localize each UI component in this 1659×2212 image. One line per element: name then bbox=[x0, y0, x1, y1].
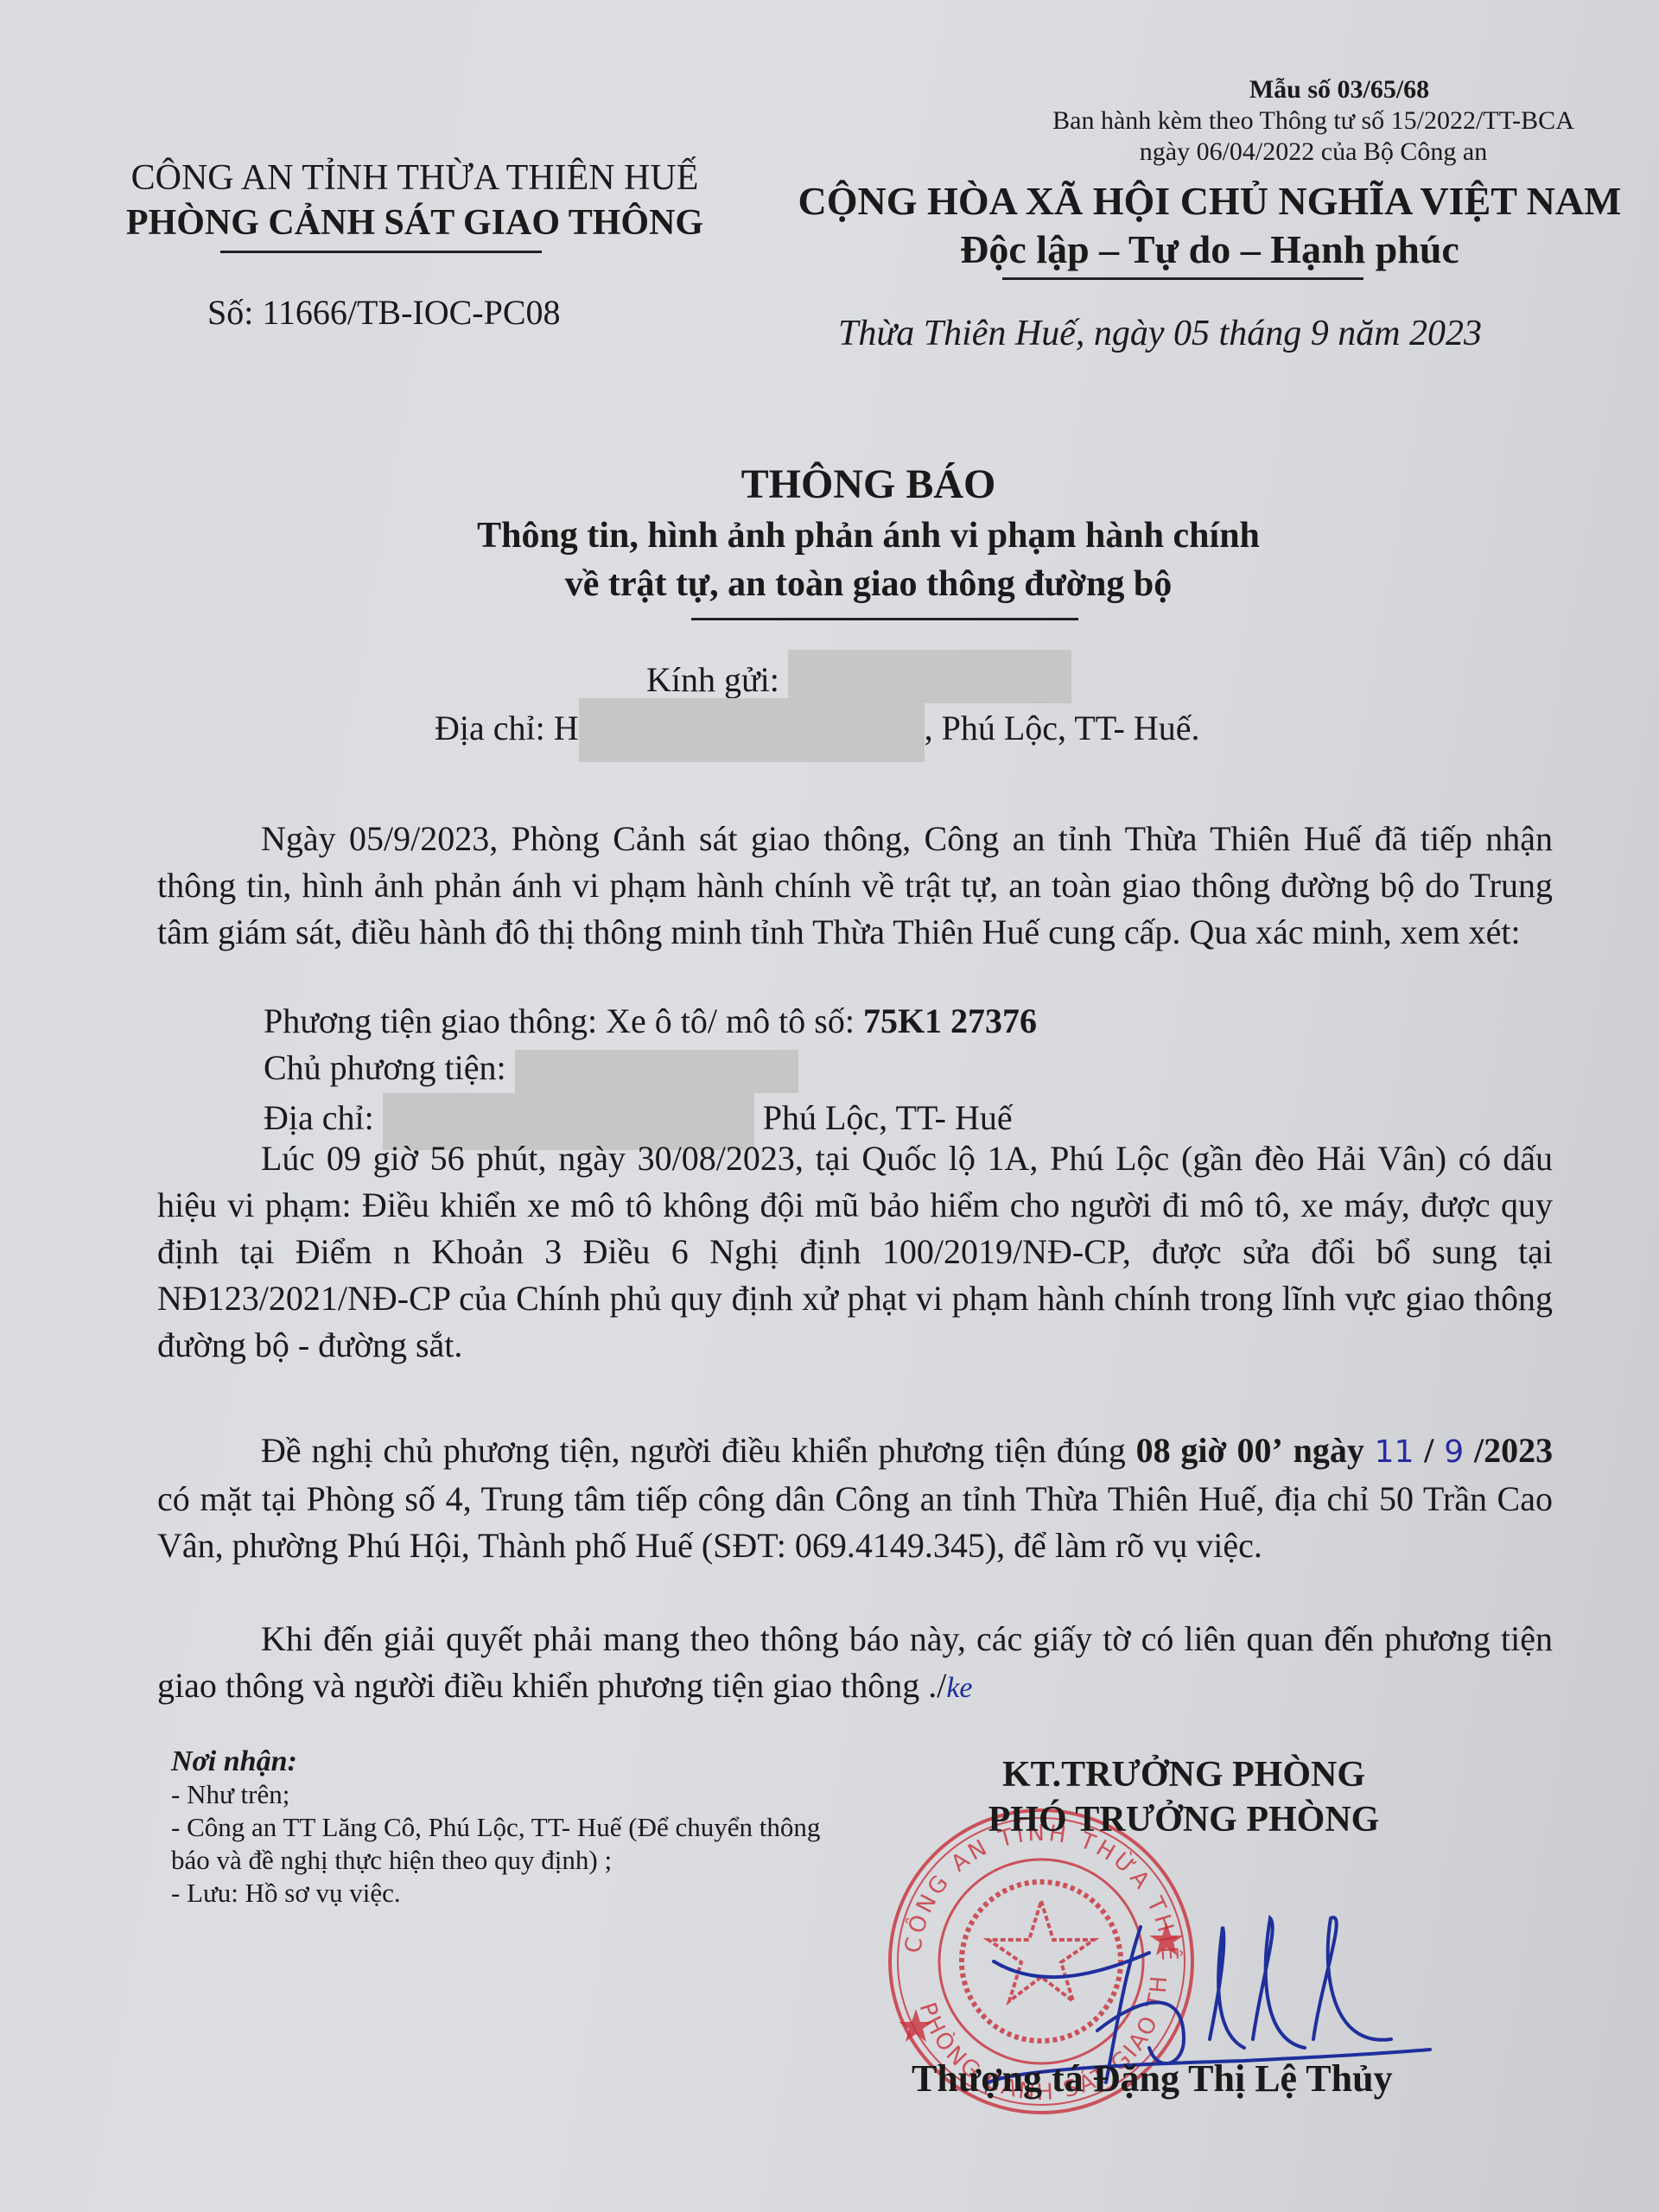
address-label: Địa chỉ: H bbox=[435, 709, 579, 747]
title-subtitle-2: về trật tự, an toàn giao thông đường bộ bbox=[328, 560, 1408, 608]
redacted-name bbox=[788, 650, 1071, 703]
document-title: THÔNG BÁO Thông tin, hình ảnh phản ánh v… bbox=[328, 458, 1408, 608]
address-suffix: , Phú Lộc, TT- Huế. bbox=[925, 709, 1200, 747]
signature-title: KT.TRƯỞNG PHÒNG PHÓ TRƯỞNG PHÒNG bbox=[907, 1752, 1460, 1842]
signer-name: Thượng tá Đặng Thị Lệ Thủy bbox=[912, 2056, 1393, 2101]
signer-position: PHÓ TRƯỞNG PHÒNG bbox=[907, 1797, 1460, 1842]
agency-header: CÔNG AN TỈNH THỪA THIÊN HUẾ PHÒNG CẢNH S… bbox=[95, 156, 734, 245]
paragraph-summons: Đề nghị chủ phương tiện, người điều khiể… bbox=[157, 1427, 1553, 1569]
distribution-item: - Công an TT Lăng Cô, Phú Lộc, TT- Huế (… bbox=[171, 1811, 845, 1877]
paragraph-violation: Lúc 09 giờ 56 phút, ngày 30/08/2023, tại… bbox=[157, 1135, 1553, 1369]
handwritten-day: 11 bbox=[1375, 1434, 1414, 1470]
plate-number: 75K1 27376 bbox=[863, 1001, 1037, 1040]
paragraph-closing: Khi đến giải quyết phải mang theo thông … bbox=[157, 1616, 1553, 1712]
redacted-address bbox=[579, 698, 925, 762]
title-underline bbox=[691, 618, 1078, 620]
vehicle-plate-row: Phương tiện giao thông: Xe ô tô/ mô tô s… bbox=[264, 998, 1037, 1045]
motto-underline bbox=[1002, 277, 1363, 280]
initial-mark: ke bbox=[946, 1672, 972, 1704]
redacted-owner bbox=[515, 1050, 798, 1093]
document-number: Số: 11666/TB-IOC-PC08 bbox=[207, 292, 561, 333]
nation-motto: Độc lập – Tự do – Hạnh phúc bbox=[778, 226, 1642, 274]
paragraph-intro: Ngày 05/9/2023, Phòng Cảnh sát giao thôn… bbox=[157, 816, 1553, 956]
title-subtitle-1: Thông tin, hình ảnh phản ánh vi phạm hàn… bbox=[328, 512, 1408, 560]
handwritten-month: 9 bbox=[1444, 1434, 1464, 1470]
nation-name: CỘNG HÒA XÃ HỘI CHỦ NGHĨA VIỆT NAM bbox=[778, 177, 1642, 226]
recipient-address: Địa chỉ: H, Phú Lộc, TT- Huế. bbox=[435, 705, 1200, 762]
form-issued-with: Ban hành kèm theo Thông tư số 15/2022/TT… bbox=[950, 105, 1659, 137]
agency-department: PHÒNG CẢNH SÁT GIAO THÔNG bbox=[95, 200, 734, 245]
appointment-time: 08 giờ 00’ bbox=[1136, 1431, 1283, 1470]
vehicle-owner-row: Chủ phương tiện: bbox=[264, 1045, 1037, 1093]
form-issued-date: ngày 06/04/2022 của Bộ Công an bbox=[950, 137, 1659, 168]
distribution-item: - Lưu: Hồ sơ vụ việc. bbox=[171, 1877, 845, 1910]
vehicle-info: Phương tiện giao thông: Xe ô tô/ mô tô s… bbox=[264, 998, 1037, 1150]
title-heading: THÔNG BÁO bbox=[328, 458, 1408, 512]
agency-underline bbox=[220, 251, 542, 253]
national-header: CỘNG HÒA XÃ HỘI CHỦ NGHĨA VIỆT NAM Độc l… bbox=[778, 177, 1642, 274]
place-date: Thừa Thiên Huế, ngày 05 tháng 9 năm 2023 bbox=[838, 313, 1482, 354]
distribution-heading: Nơi nhận: bbox=[171, 1745, 845, 1778]
form-number: Mẫu số 03/65/68 bbox=[950, 74, 1659, 105]
on-behalf-of: KT.TRƯỞNG PHÒNG bbox=[907, 1752, 1460, 1797]
agency-parent: CÔNG AN TỈNH THỪA THIÊN HUẾ bbox=[95, 156, 734, 200]
distribution-list: Nơi nhận: - Như trên; - Công an TT Lăng … bbox=[171, 1745, 845, 1910]
to-label: Kính gửi: bbox=[646, 660, 779, 699]
form-info: Mẫu số 03/65/68 Ban hành kèm theo Thông … bbox=[950, 74, 1659, 168]
recipient-to: Kính gửi: bbox=[646, 657, 1071, 703]
distribution-item: - Như trên; bbox=[171, 1778, 845, 1811]
